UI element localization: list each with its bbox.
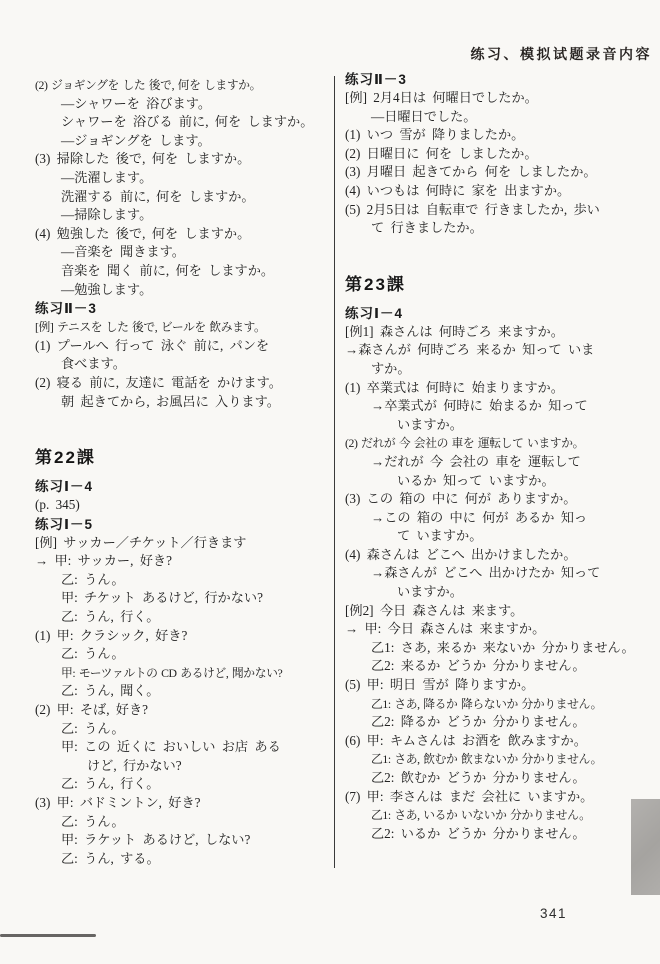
text-line: (5) 2月5日は 自転車で 行きましたか, 歩い — [345, 201, 653, 220]
text-line: 乙1: さあ, 飲むか 飲まないか 分かりません。 — [345, 750, 653, 769]
text-line: 乙2: 飲むか どうか 分かりません。 — [345, 769, 653, 788]
scanned-textbook-page: 练习、模拟试题录音内容 (2) ジョギングを した 後で, 何を しますか。—シ… — [0, 0, 660, 964]
text-line: —洗濯します。 — [35, 169, 333, 188]
text-line: (6) 甲: キムさんは お酒を 飲みますか。 — [345, 732, 653, 751]
text-line: (5) 甲: 明日 雪が 降りますか。 — [345, 676, 653, 695]
text-line: [例1] 森さんは 何時ごろ 来ますか。 — [345, 323, 653, 342]
text-line: (2) 甲: そば, 好き? — [35, 701, 333, 720]
page-number: 341 — [540, 906, 567, 921]
text-line: (2) 寝る 前に, 友達に 電話を かけます。 — [35, 374, 333, 393]
text-line: 乙2: 来るか どうか 分かりません。 — [345, 657, 653, 676]
text-line: [例] テニスを した 後で, ビールを 飲みます。 — [35, 318, 333, 337]
exercise-heading: 练习Ⅱ－3 — [35, 299, 333, 318]
text-line: →卒業式が 何時に 始まるか 知って — [345, 397, 653, 416]
text-line: 乙: うん。 — [35, 645, 333, 664]
text-line: (2) 日曜日に 何を しましたか。 — [345, 145, 653, 164]
text-line: 乙: うん。 — [35, 571, 333, 590]
text-line: 甲: ラケット あるけど, しない? — [35, 831, 333, 850]
text-line: 乙: うん。 — [35, 813, 333, 832]
text-line: (2) だれが 今 会社の 車を 運転して いますか。 — [345, 434, 653, 453]
text-line: 乙2: 降るか どうか 分かりません。 — [345, 713, 653, 732]
text-line: (4) 森さんは どこへ 出かけましたか。 — [345, 546, 653, 565]
text-line: 洗濯する 前に, 何を しますか。 — [35, 188, 333, 207]
text-line: (p. 345) — [35, 496, 333, 515]
text-line: いるか 知って いますか。 — [345, 472, 653, 491]
text-line: (1) 卒業式は 何時に 始まりますか。 — [345, 379, 653, 398]
text-line: 乙: うん, する。 — [35, 850, 333, 869]
text-line: すか。 — [345, 360, 653, 379]
text-line: → 甲: 今日 森さんは 来ますか。 — [345, 620, 653, 639]
text-line: →森さんが どこへ 出かけたか 知って — [345, 564, 653, 583]
text-line: (3) 甲: バドミントン, 好き? — [35, 794, 333, 813]
text-line: 乙1: さあ, 降るか 降らないか 分かりません。 — [345, 695, 653, 714]
scan-artifact — [0, 934, 96, 937]
text-line: いますか。 — [345, 416, 653, 435]
text-line: シャワーを 浴びる 前に, 何を しますか。 — [35, 113, 333, 132]
text-line: 乙: うん。 — [35, 720, 333, 739]
exercise-heading: 练习Ⅰ－5 — [35, 515, 333, 534]
text-line: —シャワーを 浴びます。 — [35, 95, 333, 114]
text-line: (1) 甲: クラシック, 好き? — [35, 627, 333, 646]
text-line: →だれが 今 会社の 車を 運転して — [345, 453, 653, 472]
text-line: 甲: モーツァルトの CD あるけど, 聞かない? — [35, 664, 333, 683]
text-line: いますか。 — [345, 583, 653, 602]
text-line: (2) ジョギングを した 後で, 何を しますか。 — [35, 76, 333, 95]
text-line: 音楽を 聞く 前に, 何を しますか。 — [35, 262, 333, 281]
text-line: (3) 掃除した 後で, 何を しますか。 — [35, 150, 333, 169]
text-line: 乙: うん, 行く。 — [35, 775, 333, 794]
text-line: [例] 2月4日は 何曜日でしたか。 — [345, 89, 653, 108]
page-header: 练习、模拟试题录音内容 — [471, 44, 653, 64]
text-line: 乙1: さあ, いるか いないか 分かりません。 — [345, 806, 653, 825]
text-line: 乙: うん, 聞く。 — [35, 682, 333, 701]
text-line: (4) 勉強した 後で, 何を しますか。 — [35, 225, 333, 244]
text-line: —音楽を 聞きます。 — [35, 243, 333, 262]
exercise-heading: 练习Ⅱ－3 — [345, 70, 653, 89]
right-column: 练习Ⅱ－3[例] 2月4日は 何曜日でしたか。—日曜日でした。(1) いつ 雪が… — [345, 70, 653, 843]
text-line: 乙: うん, 行く。 — [35, 608, 333, 627]
text-line: 乙2: いるか どうか 分かりません。 — [345, 825, 653, 844]
text-line: —ジョギングを します。 — [35, 132, 333, 151]
text-line: て 行きましたか。 — [345, 219, 653, 238]
text-line: (1) いつ 雪が 降りましたか。 — [345, 126, 653, 145]
text-line: 甲: この 近くに おいしい お店 ある — [35, 738, 333, 757]
text-line: —掃除します。 — [35, 206, 333, 225]
text-line: 食べます。 — [35, 355, 333, 374]
text-line: [例] サッカー／チケット／行きます — [35, 534, 333, 553]
text-line: (3) この 箱の 中に 何が ありますか。 — [345, 490, 653, 509]
text-line: (4) いつもは 何時に 家を 出ますか。 — [345, 182, 653, 201]
lesson-heading: 第22課 — [35, 445, 333, 471]
lesson-heading: 第23課 — [345, 272, 653, 298]
text-line: けど, 行かない? — [35, 757, 333, 776]
column-divider — [334, 76, 335, 868]
text-line: —勉強します。 — [35, 281, 333, 300]
text-line: [例2] 今日 森さんは 来ます。 — [345, 602, 653, 621]
text-line: → 甲: サッカー, 好き? — [35, 552, 333, 571]
text-line: (3) 月曜日 起きてから 何を しましたか。 — [345, 163, 653, 182]
text-line: (1) プールへ 行って 泳ぐ 前に, パンを — [35, 337, 333, 356]
exercise-heading: 练习Ⅰ－4 — [35, 477, 333, 496]
text-line: て いますか。 — [345, 527, 653, 546]
text-line: 朝 起きてから, お風呂に 入ります。 — [35, 393, 333, 412]
text-line: →この 箱の 中に 何が あるか 知っ — [345, 509, 653, 528]
text-line: →森さんが 何時ごろ 来るか 知って いま — [345, 341, 653, 360]
exercise-heading: 练习Ⅰ－4 — [345, 304, 653, 323]
text-line: —日曜日でした。 — [345, 108, 653, 127]
text-line: 甲: チケット あるけど, 行かない? — [35, 589, 333, 608]
text-line: (7) 甲: 李さんは まだ 会社に いますか。 — [345, 788, 653, 807]
left-column: (2) ジョギングを した 後で, 何を しますか。—シャワーを 浴びます。シャ… — [35, 76, 333, 868]
text-line: 乙1: さあ, 来るか 来ないか 分かりません。 — [345, 639, 653, 658]
page-edge-tab — [631, 799, 660, 895]
